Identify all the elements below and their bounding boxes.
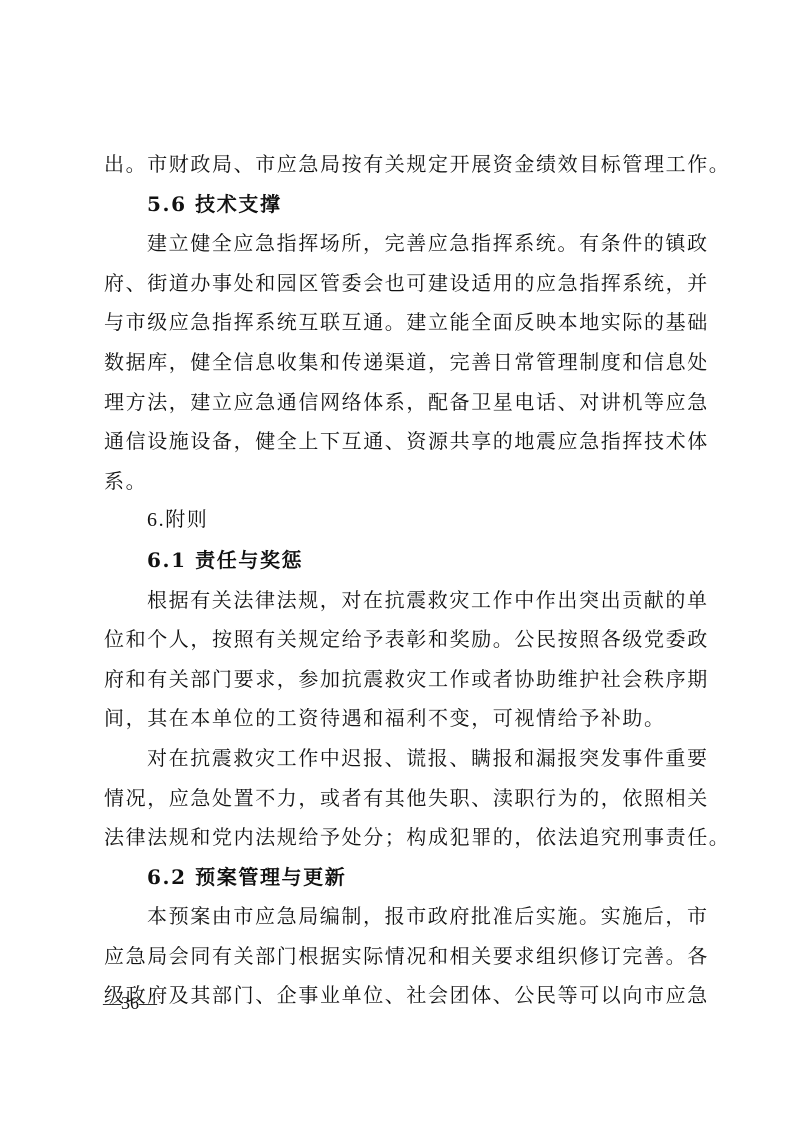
- section-heading-6-1: 6.1 责任与奖惩: [104, 541, 694, 581]
- paragraph-line: 系。: [104, 462, 694, 502]
- paragraph-line: 位和个人，按照有关规定给予表彰和奖励。公民按照各级党委政: [104, 620, 694, 660]
- section-heading-5-6: 5.6 技术支撑: [104, 185, 694, 225]
- paragraph-line: 府、街道办事处和园区管委会也可建设适用的应急指挥系统，并: [104, 264, 694, 304]
- paragraph-line: 级政府及其部门、企事业单位、社会团体、公民等可以向市应急: [104, 976, 694, 1016]
- paragraph-line: 根据有关法律法规，对在抗震救灾工作中作出突出贡献的单: [104, 581, 694, 621]
- paragraph-line: 府和有关部门要求，参加抗震救灾工作或者协助维护社会秩序期: [104, 660, 694, 700]
- document-body: 出。市财政局、市应急局按有关规定开展资金绩效目标管理工作。 5.6 技术支撑 建…: [104, 145, 694, 1016]
- paragraph-line: 本预案由市应急局编制，报市政府批准后实施。实施后，市: [104, 897, 694, 937]
- document-page: 出。市财政局、市应急局按有关规定开展资金绩效目标管理工作。 5.6 技术支撑 建…: [0, 0, 793, 1122]
- chapter-heading-6: 6.附则: [104, 501, 694, 541]
- paragraph-line: 对在抗震救灾工作中迟报、谎报、瞒报和漏报突发事件重要: [104, 739, 694, 779]
- paragraph-line: 与市级应急指挥系统互联互通。建立能全面反映本地实际的基础: [104, 303, 694, 343]
- paragraph-line: 建立健全应急指挥场所，完善应急指挥系统。有条件的镇政: [104, 224, 694, 264]
- paragraph-line: 法律法规和党内法规给予处分；构成犯罪的，依法追究刑事责任。: [104, 818, 694, 858]
- paragraph-line: 间，其在本单位的工资待遇和福利不变，可视情给予补助。: [104, 699, 694, 739]
- section-heading-6-2: 6.2 预案管理与更新: [104, 858, 694, 898]
- paragraph-line: 情况，应急处置不力，或者有其他失职、渎职行为的，依照相关: [104, 779, 694, 819]
- paragraph-line: 应急局会同有关部门根据实际情况和相关要求组织修订完善。各: [104, 937, 694, 977]
- paragraph-line: 数据库，健全信息收集和传递渠道，完善日常管理制度和信息处: [104, 343, 694, 383]
- page-number: —36—: [103, 990, 157, 1016]
- paragraph-line: 理方法，建立应急通信网络体系，配备卫星电话、对讲机等应急: [104, 383, 694, 423]
- paragraph-line: 出。市财政局、市应急局按有关规定开展资金绩效目标管理工作。: [104, 145, 694, 185]
- paragraph-line: 通信设施设备，健全上下互通、资源共享的地震应急指挥技术体: [104, 422, 694, 462]
